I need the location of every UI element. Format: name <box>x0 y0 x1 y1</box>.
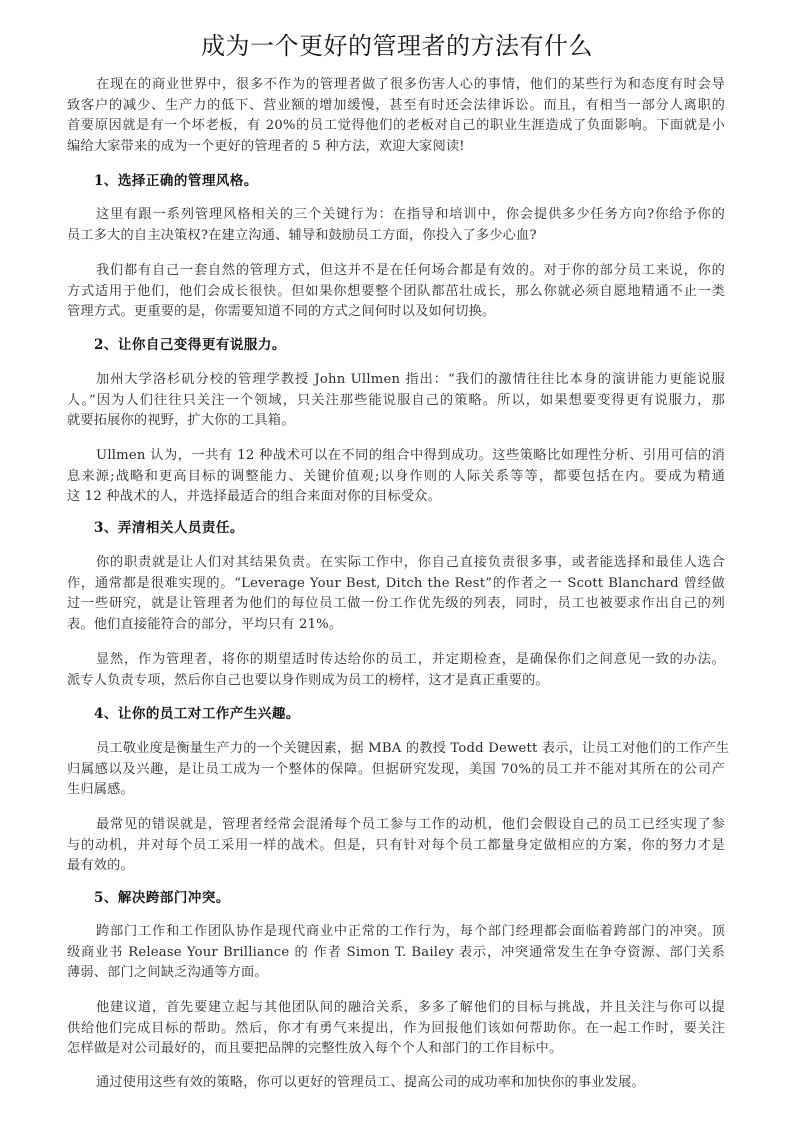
section-4-paragraph-1: 员工敬业度是衡量生产力的一个关键因素，据 MBA 的教授 Todd Dewett… <box>67 739 725 801</box>
section-2-paragraph-1: 加州大学洛杉矶分校的管理学教授 John Ullmen 指出：“我们的激情往往比… <box>67 370 725 432</box>
paragraph-line: 首要原因就是有一个坏老板，有 20%的员工觉得他们的老板对自己的职业生涯造成了负… <box>67 116 725 137</box>
paragraph-line: 派专人负责专项，然后你自己也要以身作则成为员工的榜样，这才是真正重要的。 <box>67 671 725 692</box>
paragraph-line: 他建议道，首先要建立起与其他团队间的融洽关系，多多了解他们的目标与挑战，并且关注… <box>67 998 725 1019</box>
section-heading-3: 3、弄清相关人员责任。 <box>94 518 244 538</box>
section-heading-1: 1、选择正确的管理风格。 <box>94 171 258 191</box>
intro-paragraph: 在现在的商业世界中，很多不作为的管理者做了很多伤害人心的事情，他们的某些行为和态… <box>67 75 725 157</box>
paragraph-line: 显然，作为管理者，将你的期望适时传达给你的员工，并定期检查，是确保你们之间意见一… <box>67 650 725 671</box>
paragraph-line: 过一些研究，就是让管理者为他们的每位员工做一份工作优先级的列表，同时，员工也被要… <box>67 594 725 615</box>
paragraph-line: 通过使用这些有效的策略，你可以更好的管理员工、提高公司的成功率和加快你的事业发展… <box>67 1073 725 1094</box>
paragraph-line: 这 12 种战术的人，并选择最适合的组合来面对你的目标受众。 <box>67 487 725 508</box>
paragraph-line: 就要拓展你的视野，扩大你的工具箱。 <box>67 411 725 432</box>
document-page: 成为一个更好的管理者的方法有什么 在现在的商业世界中，很多不作为的管理者做了很多… <box>0 0 794 1123</box>
section-4-paragraph-2: 最常见的错误就是，管理者经常会混淆每个员工参与工作的动机，他们会假设自己的员工已… <box>67 815 725 877</box>
paragraph-line: 致客户的减少、生产力的低下、营业额的增加缓慢，甚至有时还会法律诉讼。而且，有相当… <box>67 96 725 117</box>
section-heading-4: 4、让你的员工对工作产生兴趣。 <box>94 704 300 724</box>
paragraph-line: 最有效的。 <box>67 856 725 877</box>
paragraph-line: 息来源;战略和更高目标的调整能力、关键价值观;以身作则的人际关系等等，都要包括在… <box>67 467 725 488</box>
paragraph-line: 管理方式。更重要的是，你需要知道不同的方式之间何时以及如何切换。 <box>67 302 725 323</box>
paragraph-line: 生归属感。 <box>67 780 725 801</box>
section-1-paragraph-1: 这里有跟一系列管理风格相关的三个关键行为：在指导和培训中，你会提供多少任务方向?… <box>67 205 725 246</box>
section-5-paragraph-1: 跨部门工作和工作团队协作是现代商业中正常的工作行为，每个部门经理都会面临着跨部门… <box>67 922 725 984</box>
paragraph-line: 方式适用于他们，他们会成长很快。但如果你想要整个团队都茁壮成长，那么你就必须自愿… <box>67 282 725 303</box>
paragraph-line: 供给他们完成目标的帮助。然后，你才有勇气来提出，作为回报他们该如何帮助你。在一起… <box>67 1019 725 1040</box>
paragraph-line: 这里有跟一系列管理风格相关的三个关键行为：在指导和培训中，你会提供多少任务方向?… <box>67 205 725 226</box>
paragraph-line: 最常见的错误就是，管理者经常会混淆每个员工参与工作的动机，他们会假设自己的员工已… <box>67 815 725 836</box>
paragraph-line: 加州大学洛杉矶分校的管理学教授 John Ullmen 指出：“我们的激情往往比… <box>67 370 725 391</box>
paragraph-line: 编给大家带来的成为一个更好的管理者的 5 种方法，欢迎大家阅读! <box>67 137 725 158</box>
paragraph-line: 员工敬业度是衡量生产力的一个关键因素，据 MBA 的教授 Todd Dewett… <box>67 739 725 760</box>
section-1-paragraph-2: 我们都有自己一套自然的管理方式，但这并不是在任何场合都是有效的。对于你的部分员工… <box>67 261 725 323</box>
paragraph-line: 你的职责就是让人们对其结果负责。在实际工作中，你自己直接负责很多事，或者能选择和… <box>67 553 725 574</box>
section-heading-2: 2、让你自己变得更有说服力。 <box>94 335 286 355</box>
section-3-paragraph-2: 显然，作为管理者，将你的期望适时传达给你的员工，并定期检查，是确保你们之间意见一… <box>67 650 725 691</box>
paragraph-line: 薄弱、部门之间缺乏沟通等方面。 <box>67 963 725 984</box>
conclusion-paragraph: 通过使用这些有效的策略，你可以更好的管理员工、提高公司的成功率和加快你的事业发展… <box>67 1073 725 1094</box>
paragraph-line: 级商业书 Release Your Brilliance 的 作者 Simon … <box>67 943 725 964</box>
section-3-paragraph-1: 你的职责就是让人们对其结果负责。在实际工作中，你自己直接负责很多事，或者能选择和… <box>67 553 725 635</box>
section-heading-5: 5、解决跨部门冲突。 <box>94 888 230 908</box>
paragraph-line: 在现在的商业世界中，很多不作为的管理者做了很多伤害人心的事情，他们的某些行为和态… <box>67 75 725 96</box>
paragraph-line: 怎样做是对公司最好的，而且要把品牌的完整性放入每个个人和部门的工作目标中。 <box>67 1039 725 1060</box>
paragraph-line: 与的动机，并对每个员工采用一样的战术。但是，只有针对每个员工都量身定做相应的方案… <box>67 836 725 857</box>
document-title: 成为一个更好的管理者的方法有什么 <box>0 30 794 62</box>
paragraph-line: 我们都有自己一套自然的管理方式，但这并不是在任何场合都是有效的。对于你的部分员工… <box>67 261 725 282</box>
paragraph-line: 表。他们直接能符合的部分，平均只有 21%。 <box>67 615 725 636</box>
paragraph-line: 归属感以及兴趣，是让员工成为一个整体的保障。但据研究发现，美国 70%的员工并不… <box>67 760 725 781</box>
paragraph-line: Ullmen 认为，一共有 12 种战术可以在不同的组合中得到成功。这些策略比如… <box>67 446 725 467</box>
paragraph-line: 人。”因为人们往往只关注一个领域，只关注那些能说服自己的策略。所以，如果想要变得… <box>67 391 725 412</box>
section-5-paragraph-2: 他建议道，首先要建立起与其他团队间的融洽关系，多多了解他们的目标与挑战，并且关注… <box>67 998 725 1060</box>
section-2-paragraph-2: Ullmen 认为，一共有 12 种战术可以在不同的组合中得到成功。这些策略比如… <box>67 446 725 508</box>
paragraph-line: 跨部门工作和工作团队协作是现代商业中正常的工作行为，每个部门经理都会面临着跨部门… <box>67 922 725 943</box>
paragraph-line: 员工多大的自主决策权?在建立沟通、辅导和鼓励员工方面，你投入了多少心血? <box>67 226 725 247</box>
paragraph-line: 作，通常都是很难实现的。“Leverage Your Best, Ditch t… <box>67 574 725 595</box>
